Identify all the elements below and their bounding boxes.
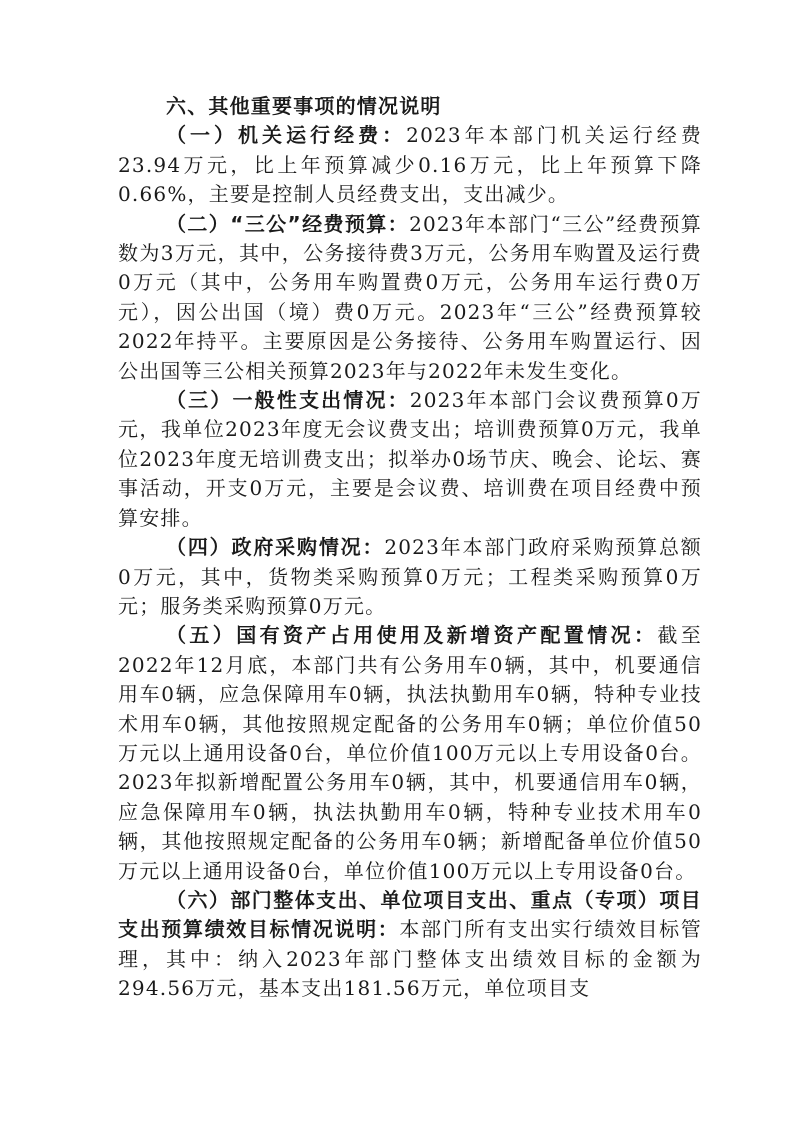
paragraph-operating-expenses: （一）机关运行经费：2023年本部门机关运行经费23.94万元，比上年预算减少0…: [118, 121, 702, 209]
paragraph-lead: （四）政府采购情况：: [166, 535, 384, 559]
section-title: 六、其他重要事项的情况说明: [118, 92, 702, 121]
paragraph-body: 2023年本部门“三公”经费预算数为3万元，其中，公务接待费3万元，公务用车购置…: [118, 212, 702, 383]
paragraph-general-expenditure: （三）一般性支出情况：2023年本部门会议费预算0万元，我单位2023年度无会议…: [118, 386, 702, 533]
paragraph-lead: （一）机关运行经费：: [166, 123, 406, 147]
document-page: 六、其他重要事项的情况说明 （一）机关运行经费：2023年本部门机关运行经费23…: [118, 92, 702, 1004]
paragraph-lead: （五）国有资产占用使用及新增资产配置情况：: [166, 623, 657, 647]
paragraph-lead: （二）“三公”经费预算：: [166, 212, 409, 236]
paragraph-performance-targets: （六）部门整体支出、单位项目支出、重点（专项）项目支出预算绩效目标情况说明：本部…: [118, 886, 702, 1004]
paragraph-three-public-expenses: （二）“三公”经费预算：2023年本部门“三公”经费预算数为3万元，其中，公务接…: [118, 210, 702, 386]
paragraph-government-procurement: （四）政府采购情况：2023年本部门政府采购预算总额0万元，其中，货物类采购预算…: [118, 533, 702, 621]
paragraph-lead: （三）一般性支出情况：: [166, 388, 410, 412]
paragraph-body: 截至2022年12月底，本部门共有公务用车0辆，其中，机要通信用车0辆，应急保障…: [118, 623, 702, 882]
paragraph-state-assets: （五）国有资产占用使用及新增资产配置情况：截至2022年12月底，本部门共有公务…: [118, 621, 702, 886]
